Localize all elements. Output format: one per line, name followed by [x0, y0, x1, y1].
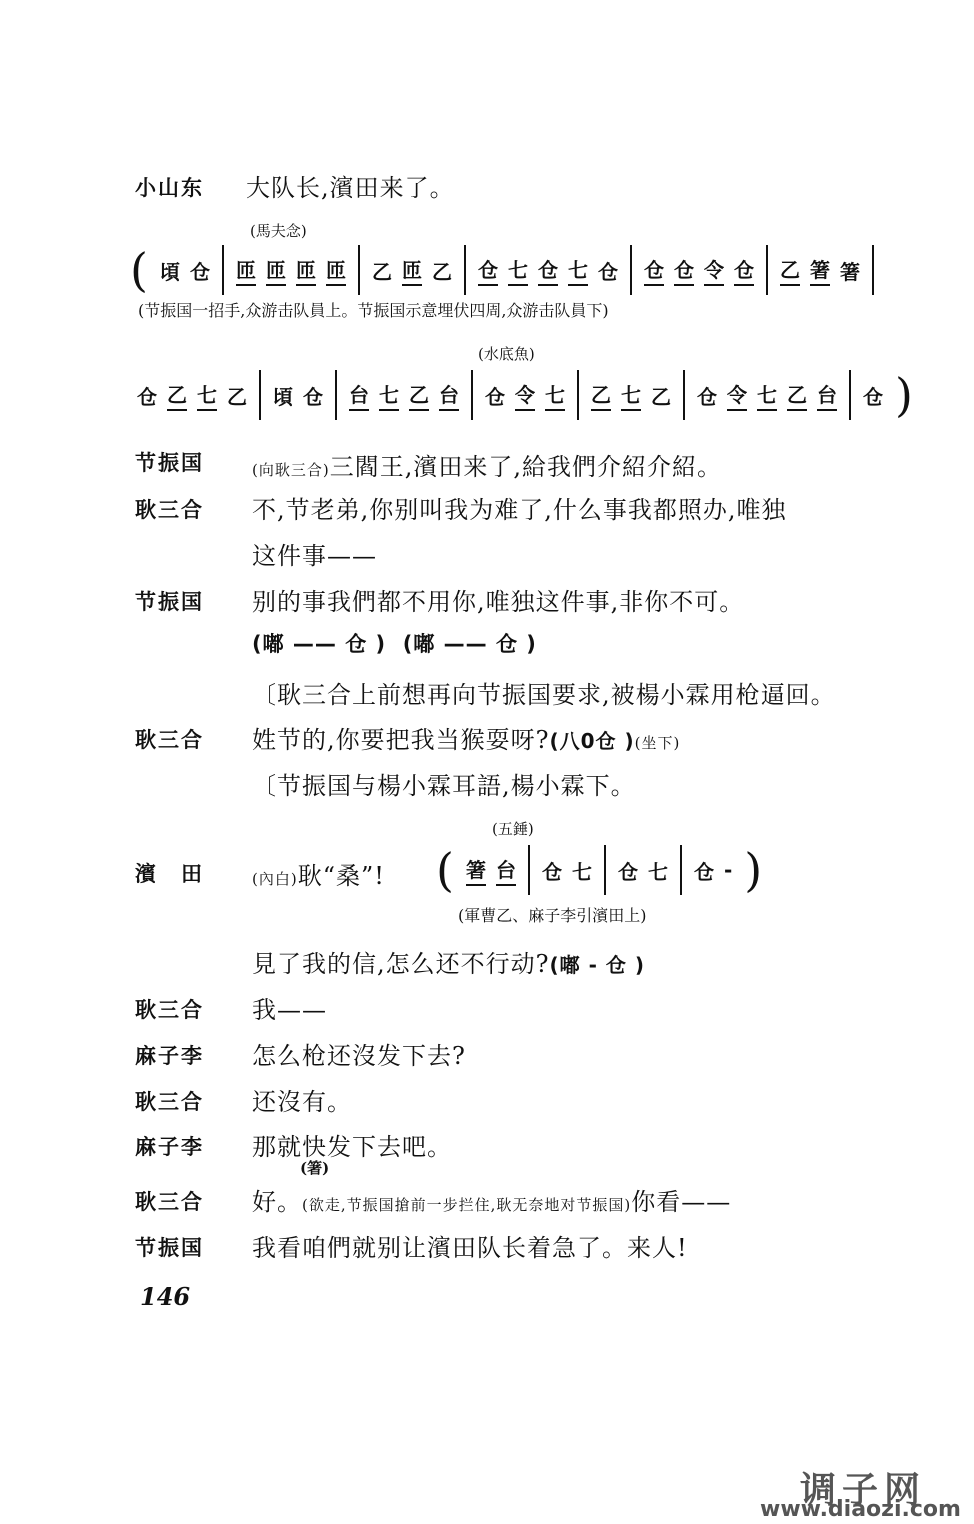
percussion-bar: 頃仓: [261, 370, 337, 420]
dialogue-text: 大队长,濱田来了。: [246, 168, 455, 203]
page-number: 146: [140, 1282, 190, 1311]
speaker-name: 小山东: [135, 172, 204, 202]
watermark-url: www.diaozi.com: [760, 1497, 961, 1522]
dialogue-text: 还沒有。: [252, 1082, 352, 1117]
percussion-label: (箸): [300, 1157, 329, 1178]
percussion-bar: 頃仓: [148, 245, 224, 295]
speaker-name: 耿三合: [135, 994, 204, 1024]
speaker-name: 节振国: [135, 586, 204, 616]
dialogue-line: 好。(欲走,节振国搶前一步拦住,耿无奈地对节振国)你看——: [252, 1182, 731, 1217]
percussion-label: (水底魚): [478, 343, 535, 364]
percussion-score: 仓乙七乙 頃仓 台七乙台 仓令七 乙七乙 仓令七乙台 仓 ): [125, 370, 913, 420]
percussion-bar: 仓仓令仓: [632, 245, 768, 295]
dialogue-line: (內白)耿“桑”!: [252, 856, 385, 891]
dialogue-text: 見了我的信,怎么还不行动?: [252, 950, 550, 978]
speaker-name: 耿三合: [135, 494, 204, 524]
percussion-inline: (嘟 —— 仓 ) (嘟 —— 仓 ): [252, 628, 537, 658]
speaker-name: 濱 田: [135, 858, 204, 888]
percussion-bar: 仓: [851, 370, 895, 420]
percussion-bar: 乙七乙: [579, 370, 685, 420]
percussion-inline: (八0仓 ): [550, 729, 635, 753]
percussion-bar: 箸台: [454, 845, 530, 895]
percussion-bar: 仓七: [606, 845, 682, 895]
stage-direction: (节振国一招手,众游击队員上。节振国示意埋伏四周,众游击队員下): [138, 298, 609, 321]
dialogue-line: 見了我的信,怎么还不行动?(嘟 - 仓 ): [252, 944, 645, 979]
percussion-bar: 仓七仓七仓: [466, 245, 632, 295]
dialogue-text: 耿“桑”!: [298, 862, 385, 890]
dialogue-text: 别的事我們都不用你,唯独这件事,非你不可。: [252, 582, 744, 617]
dialogue-line: (向耿三合)三閻王,濱田来了,給我們介紹介紹。: [252, 447, 722, 482]
dialogue-text: 怎么枪还沒发下去?: [252, 1036, 466, 1071]
dialogue-continuation: 这件事——: [252, 536, 377, 571]
percussion-bar: 台七乙台: [337, 370, 473, 420]
dialogue-text-after: 你看——: [631, 1188, 731, 1216]
percussion-score: ( 頃仓 匝匝匝匝 乙匝乙 仓七仓七仓 仓仓令仓 乙箸箸: [130, 245, 874, 295]
dialogue-line: 姓节的,你要把我当猴耍呀?(八0仓 )(坐下): [252, 720, 680, 755]
percussion-bar: 仓令七: [473, 370, 579, 420]
stage-direction: 〔耿三合上前想再向节振国要求,被楊小霖用枪逼回。: [252, 675, 836, 710]
aside: (向耿三合): [252, 461, 330, 479]
aside: (坐下): [635, 734, 681, 752]
close-paren: ): [895, 372, 913, 418]
speaker-name: 节振国: [135, 447, 204, 477]
percussion-bar: 仓令七乙台: [685, 370, 851, 420]
dialogue-text: 三閻王,濱田来了,給我們介紹介紹。: [330, 453, 722, 481]
percussion-bar: 乙匝乙: [360, 245, 466, 295]
percussion-inline: (嘟 - 仓 ): [550, 953, 645, 977]
dialogue-text: 姓节的,你要把我当猴耍呀?: [252, 726, 550, 754]
percussion-bar: 仓七: [530, 845, 606, 895]
dialogue-text: 好。: [252, 1188, 302, 1216]
percussion-bar: 仓-: [682, 845, 744, 895]
aside: (內白): [252, 870, 298, 888]
percussion-bar: 乙箸箸: [768, 245, 874, 295]
stage-direction: (軍曹乙、麻子李引濱田上): [458, 903, 647, 926]
percussion-label: (五錘): [492, 818, 534, 839]
dialogue-text: 我——: [252, 990, 327, 1025]
speaker-name: 节振国: [135, 1232, 204, 1262]
aside: (欲走,节振国搶前一步拦住,耿无奈地对节振国): [302, 1196, 631, 1214]
dialogue-text: 我看咱們就别让濱田队长着急了。来人!: [252, 1228, 688, 1263]
open-paren: (: [130, 247, 148, 293]
speaker-name: 麻子李: [135, 1040, 204, 1070]
stage-direction: 〔节振国与楊小霖耳語,楊小霖下。: [252, 766, 636, 801]
dialogue-text: 那就快发下去吧。: [252, 1127, 452, 1162]
percussion-score: ( 箸台 仓七 仓七 仓- ): [436, 845, 762, 895]
speaker-name: 麻子李: [135, 1131, 204, 1161]
percussion-label: (馬夫念): [250, 220, 307, 241]
speaker-name: 耿三合: [135, 724, 204, 754]
percussion-bar: 仓乙七乙: [125, 370, 261, 420]
dialogue-text: 不,节老弟,你别叫我为难了,什么事我都照办,唯独: [252, 490, 787, 525]
speaker-name: 耿三合: [135, 1086, 204, 1116]
percussion-bar: 匝匝匝匝: [224, 245, 360, 295]
speaker-name: 耿三合: [135, 1186, 204, 1216]
